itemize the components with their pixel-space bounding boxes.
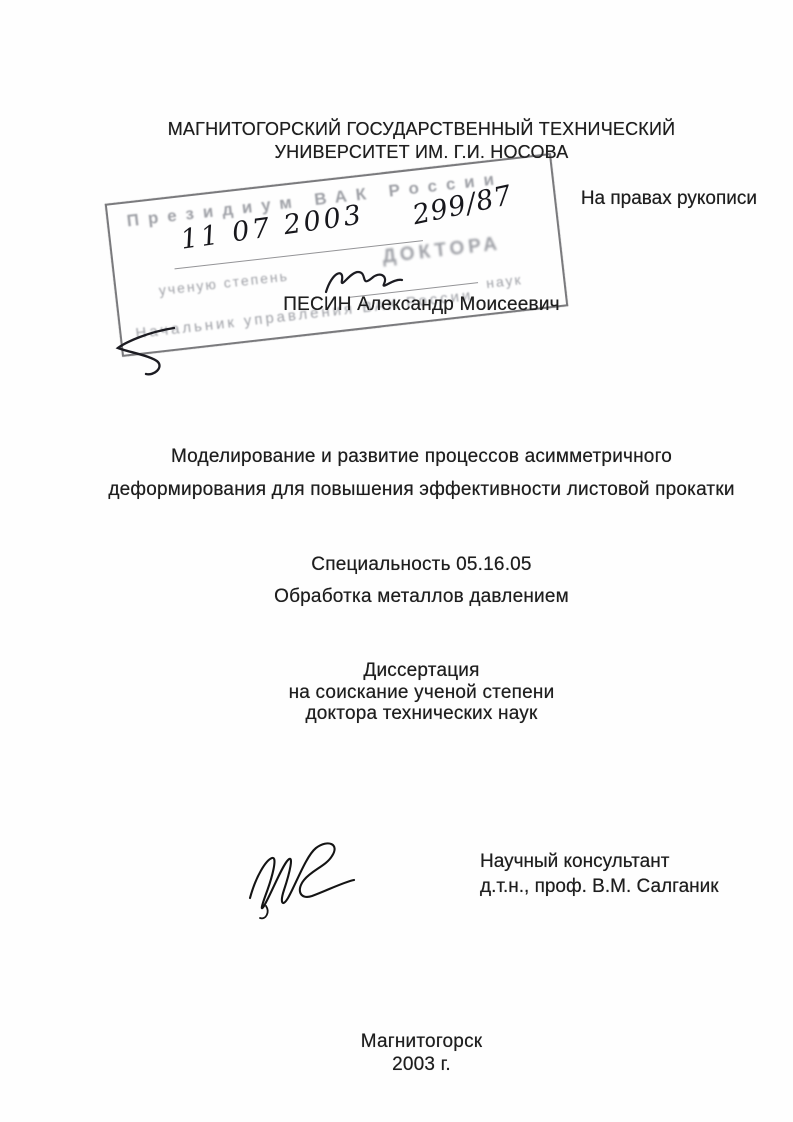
dissertation-type-line3: доктора технических наук	[50, 703, 793, 725]
footer-block: Магнитогорск 2003 г.	[0, 1030, 793, 1076]
author-name: ПЕСИН Александр Моисеевич	[0, 294, 793, 316]
dissertation-title-line2: деформирования для повышения эффективнос…	[0, 479, 793, 501]
university-name-line2: УНИВЕРСИТЕТ ИМ. Г.И. НОСОВА	[50, 141, 793, 164]
university-name-line1: МАГНИТОГОРСКИЙ ГОСУДАРСТВЕННЫЙ ТЕХНИЧЕСК…	[50, 118, 793, 141]
university-header: МАГНИТОГОРСКИЙ ГОСУДАРСТВЕННЫЙ ТЕХНИЧЕСК…	[0, 118, 793, 164]
handwritten-bracket-icon	[108, 322, 188, 382]
dissertation-title-line1: Моделирование и развитие процессов асимм…	[0, 446, 793, 468]
dissertation-type-line1: Диссертация	[50, 660, 793, 682]
dissertation-type-line2: на соискание ученой степени	[50, 682, 793, 704]
manuscript-rights-note: На правах рукописи	[581, 188, 757, 210]
specialty-code: Специальность 05.16.05	[0, 554, 793, 576]
specialty-name: Обработка металлов давлением	[0, 586, 793, 608]
footer-year: 2003 г.	[50, 1053, 793, 1076]
consultant-label: Научный консультант	[480, 849, 719, 874]
consultant-signature-icon	[236, 836, 366, 922]
dissertation-title-page: МАГНИТОГОРСКИЙ ГОСУДАРСТВЕННЫЙ ТЕХНИЧЕСК…	[0, 0, 793, 1122]
consultant-block: Научный консультант д.т.н., проф. В.М. С…	[480, 849, 719, 899]
dissertation-type-block: Диссертация на соискание ученой степени …	[0, 660, 793, 725]
footer-city: Магнитогорск	[50, 1030, 793, 1053]
consultant-name: д.т.н., проф. В.М. Салганик	[480, 874, 719, 899]
stamp-science-word: наук	[485, 271, 523, 291]
